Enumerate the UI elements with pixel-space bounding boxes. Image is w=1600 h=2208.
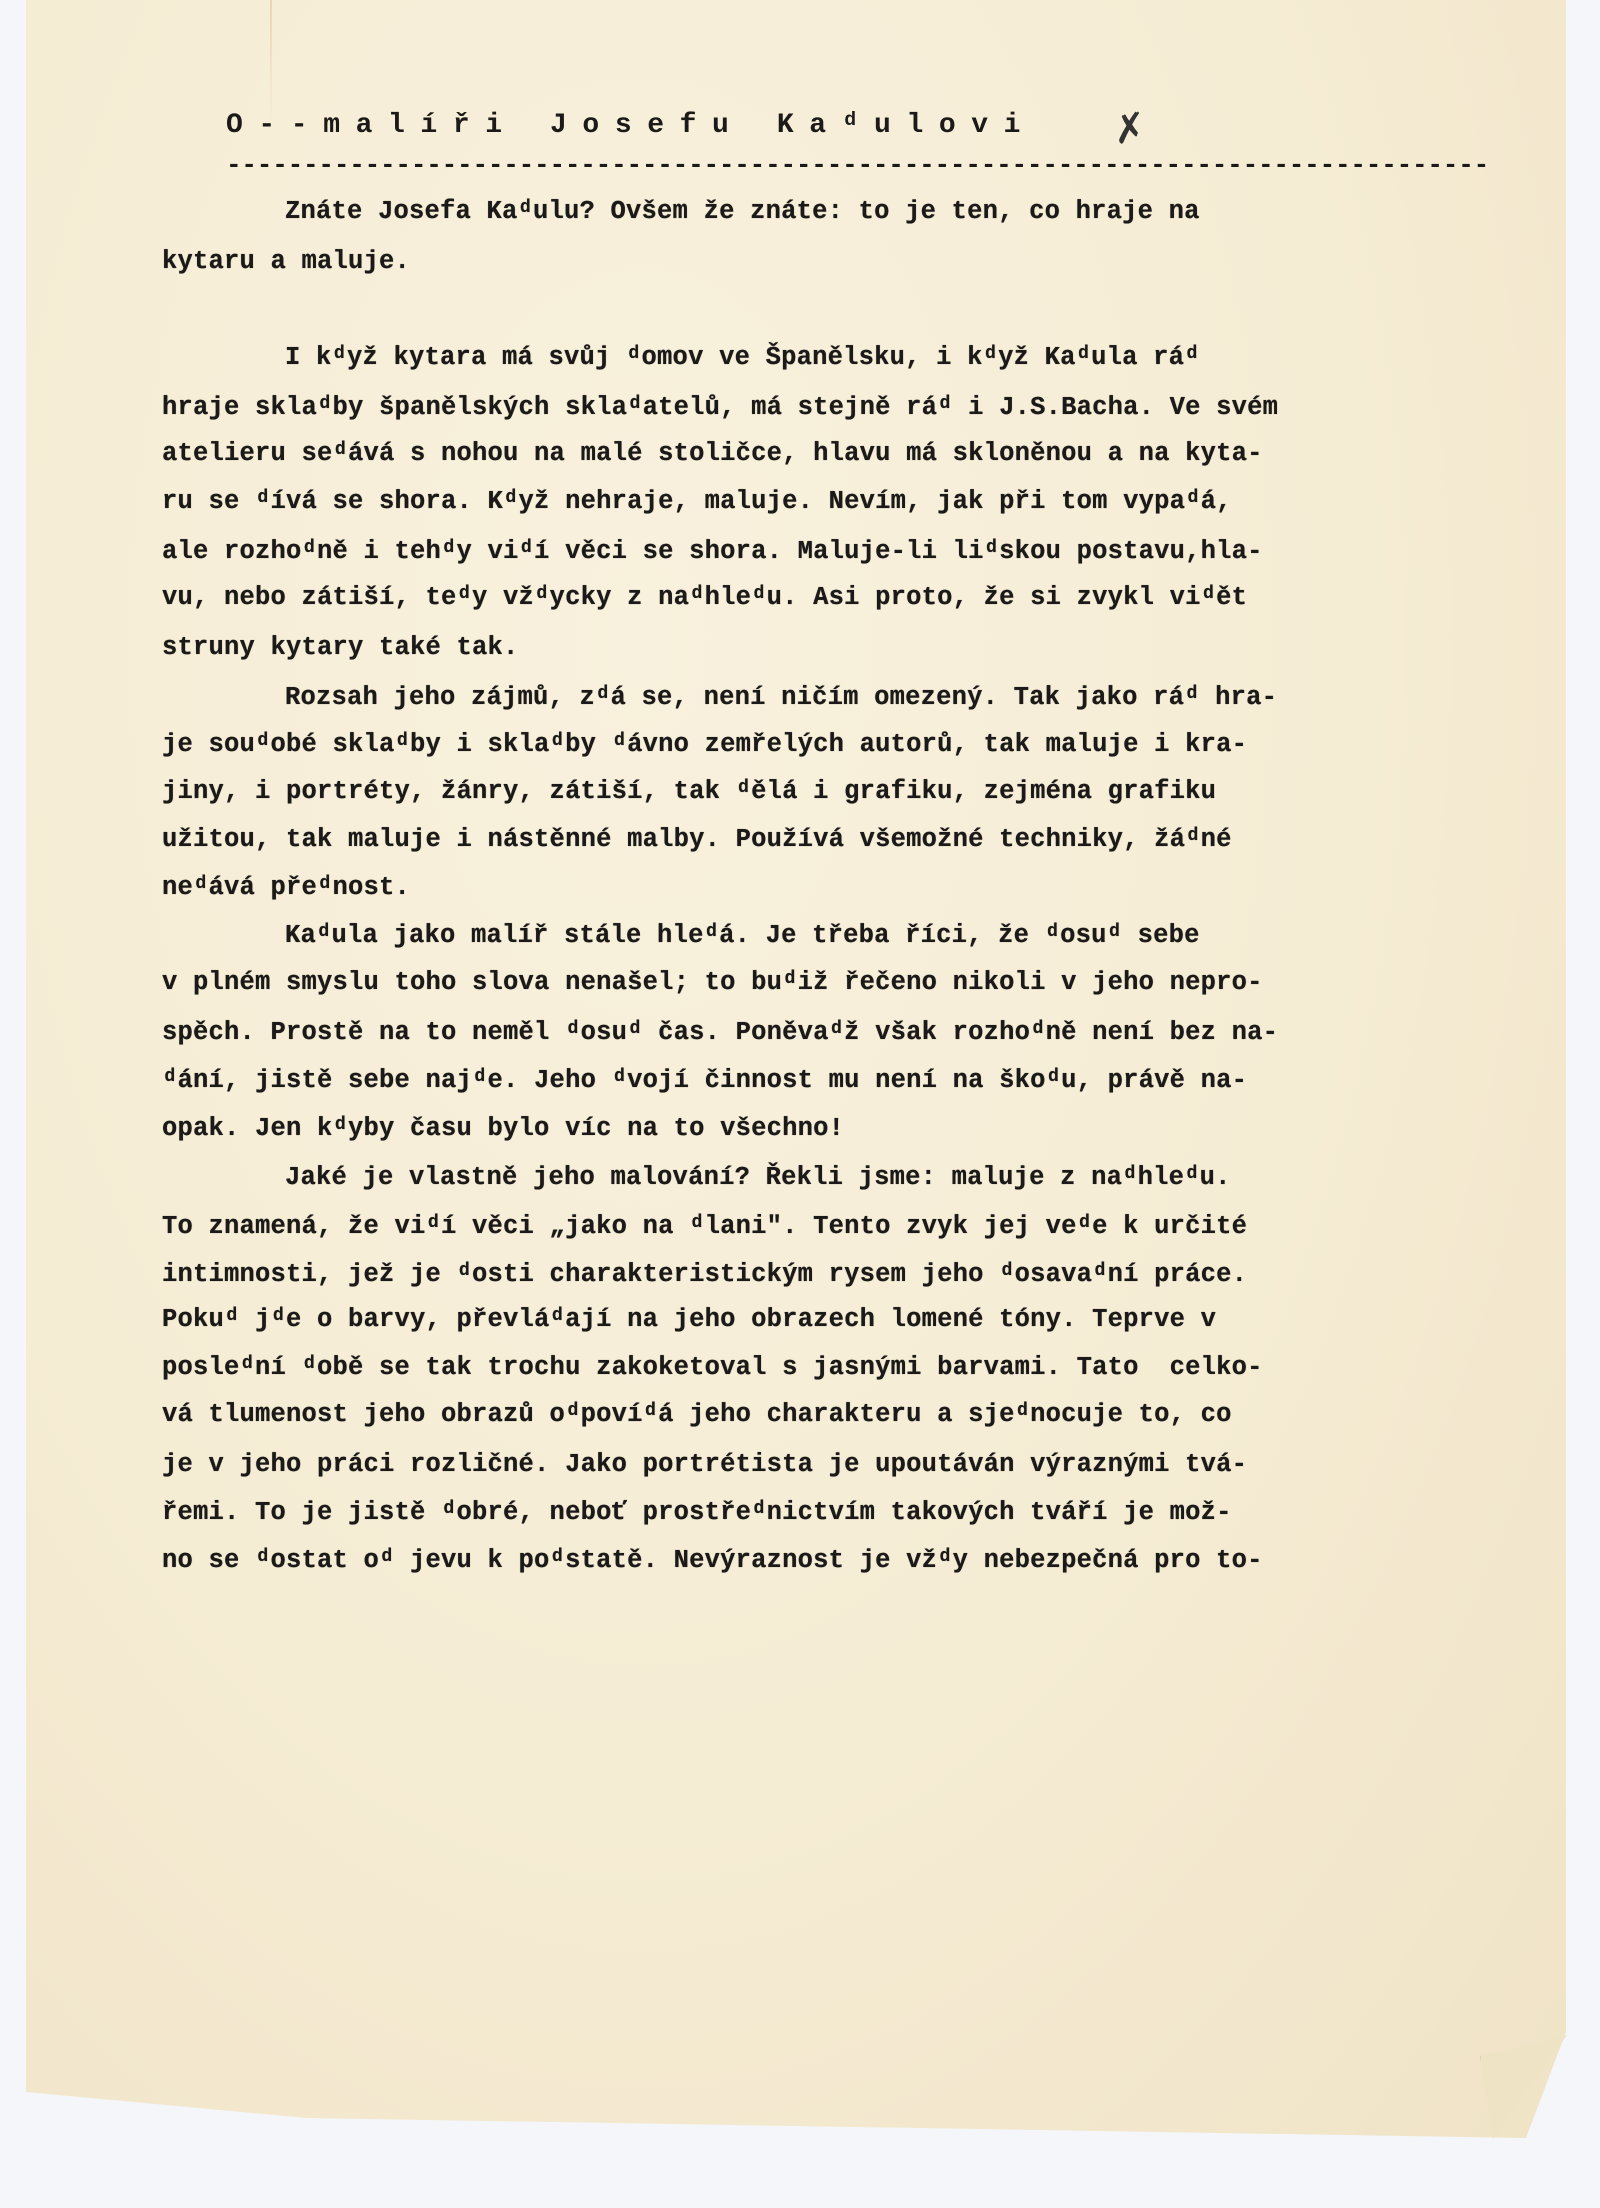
text-line: v plném smyslu toho slova nenašel; to bu… [162,968,1263,997]
text-line: no se ᵈostat oᵈ jevu k poᵈstatě. Nevýraz… [162,1546,1263,1575]
text-line: užitou, tak maluje i nástěnné malby. Pou… [162,825,1232,854]
text-line: vá tlumenost jeho obrazů oᵈpovíᵈá jeho c… [162,1400,1232,1429]
text-line: vu, nebo zátiší, teᵈy vžᵈycky z naᵈhleᵈu… [162,583,1247,612]
text-line: To znamená, že viᵈí věci „jako na ᵈlani"… [162,1212,1247,1241]
text-line: Znáte Josefa Kaᵈulu? Ovšem že znáte: to … [285,197,1200,226]
text-line: Kaᵈula jako malíř stále hleᵈá. Je třeba … [285,921,1200,950]
text-line: jiny, i portréty, žánry, zátiší, tak ᵈěl… [162,777,1216,806]
text-line: Pokuᵈ jᵈe o barvy, převláᵈají na jeho ob… [162,1305,1216,1334]
paper-stain [270,0,272,120]
text-line: je souᵈobé sklaᵈby i sklaᵈby ᵈávno zemře… [162,730,1247,759]
text-line: neᵈává přeᵈnost. [162,873,410,902]
text-line: ale rozhoᵈně i tehᵈy viᵈí věci se shora.… [162,537,1263,566]
text-line: hraje sklaᵈby španělských sklaᵈatelů, má… [162,393,1278,422]
text-line: atelieru seᵈává s nohou na malé stoličce… [162,439,1263,468]
text-line: Rozsah jeho zájmů, zᵈá se, není ničím om… [285,683,1277,712]
text-line: kytaru a maluje. [162,247,410,276]
text-line: řemi. To je jistě ᵈobré, neboť prostřeᵈn… [162,1498,1232,1527]
handwritten-x-mark-icon: ✗ [1110,104,1150,154]
text-line: opak. Jen kᵈyby času bylo víc na to všec… [162,1114,844,1143]
text-line: struny kytary také tak. [162,633,519,662]
text-line: spěch. Prostě na to neměl ᵈosuᵈ čas. Pon… [162,1018,1278,1047]
text-line: ru se ᵈívá se shora. Kᵈyž nehraje, maluj… [162,487,1232,516]
text-line: je v jeho práci rozličné. Jako portrétis… [162,1450,1247,1479]
text-line: posleᵈní ᵈobě se tak trochu zakoketoval … [162,1353,1263,1382]
text-line: I kᵈyž kytara má svůj ᵈomov ve Španělsku… [285,343,1200,372]
text-line: Jaké je vlastně jeho malování? Řekli jsm… [285,1163,1231,1192]
dashed-rule: ----------------------------------------… [226,150,1556,180]
text-line: ᵈání, jistě sebe najᵈe. Jeho ᵈvojí činno… [162,1066,1247,1095]
document-title: O--malíři Josefu Kaᵈulovi [226,110,1036,141]
text-line: intimnosti, jež je ᵈosti charakteristick… [162,1260,1247,1289]
